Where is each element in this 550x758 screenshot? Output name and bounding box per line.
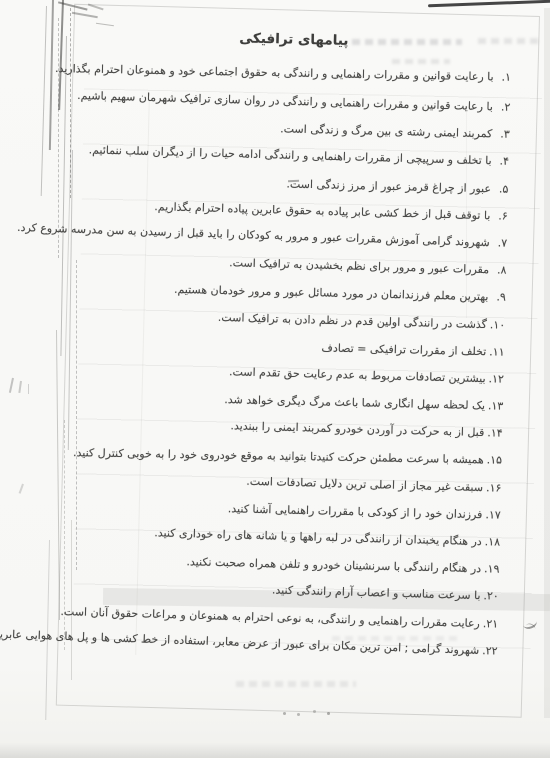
list-item: ۵.عبور از چراغ قرمز عبور از مرز زندگی اس… bbox=[26, 172, 508, 195]
item-number: ۳. bbox=[500, 128, 510, 141]
scanned-document: { "document": { "title": "پیامهای ترافیک… bbox=[0, 0, 550, 758]
item-number: ۱۵. bbox=[487, 454, 503, 467]
item-number: ۱. bbox=[502, 71, 512, 84]
list-item: ۱۳.یک لحظه سهل انگاری شما باعث مرگ دیگری… bbox=[21, 389, 503, 412]
item-number: ۱۲. bbox=[488, 372, 504, 385]
list-item: ۲۲.شهروند گرامی ; امن ترین مکان برای عبو… bbox=[16, 629, 498, 657]
item-text: مقررات عبور و مرور برای نظم بخشیدن به تر… bbox=[229, 256, 489, 276]
item-text: همیشه با سرعت مطمئن حرکت کنیدتا بتوانید … bbox=[73, 447, 484, 467]
item-number: ۹. bbox=[496, 291, 506, 304]
item-text: بهترین معلم فرزندانمان در مورد مسائل عبو… bbox=[174, 283, 489, 303]
list-item: ۹.بهترین معلم فرزندانمان در مورد مسائل ع… bbox=[24, 281, 506, 304]
item-number: ۱۹. bbox=[484, 562, 500, 575]
list-item: ۷.شهروند گرامی آموزش مقررات عبور و مرور … bbox=[25, 222, 507, 250]
item-number: ۱۱. bbox=[489, 345, 505, 358]
item-text: قبل از به حرکت در آوردن خودرو کمربند ایم… bbox=[230, 420, 484, 440]
scan-edge-shadow bbox=[544, 8, 550, 718]
item-text: گذشت در رانندگی اولین قدم در نظم دادن به… bbox=[218, 310, 487, 330]
document-content: پیامهای ترافیکی ۱.با رعایت قوانین و مقرر… bbox=[15, 25, 522, 672]
item-text: شهروند گرامی آموزش مقررات عبور و مرور به… bbox=[17, 221, 490, 249]
item-number: ۲۰. bbox=[483, 590, 499, 603]
streak-mark bbox=[9, 378, 14, 393]
list-item: ۱۹.در هنگام رانندگی با سرنشینان خودرو و … bbox=[17, 552, 499, 575]
item-text: بیشترین تصادفات مربوط به عدم رعایت حق تق… bbox=[229, 365, 486, 385]
traffic-messages-list: ۱.با رعایت قوانین و مقررات راهنمایی و را… bbox=[16, 60, 522, 657]
scan-edge-line bbox=[428, 0, 550, 7]
item-number: ۲۱. bbox=[483, 617, 499, 630]
item-text: کمربند ایمنی رشته ی بین مرگ و زندگی است. bbox=[280, 123, 492, 141]
list-item: ۱.با رعایت قوانین و مقررات راهنمایی و را… bbox=[29, 63, 511, 84]
item-number: ۱۰. bbox=[490, 318, 506, 331]
faint-page-number-marks bbox=[283, 712, 286, 715]
list-item: ۱۲.بیشترین تصادفات مربوط به عدم رعایت حق… bbox=[22, 361, 504, 386]
item-number: ۱۴. bbox=[487, 426, 503, 439]
item-text: تخلف از مقررات ترافیکی = تصادف bbox=[321, 341, 486, 358]
item-text: فرزندان خود را از کودکی با مقررات راهنما… bbox=[228, 502, 483, 521]
list-item: ۱۱.تخلف از مقررات ترافیکی = تصادف bbox=[23, 335, 505, 358]
list-item: ۴.با تخلف و سرپیچی از مقررات راهنمایی و … bbox=[27, 143, 509, 168]
item-number: ۴. bbox=[499, 155, 509, 168]
item-text: یک لحظه سهل انگاری شما باعث مرگ دیگری خو… bbox=[224, 393, 485, 412]
item-text: عبور از چراغ قرمز عبور از مرز زندگی است. bbox=[286, 177, 491, 195]
paper-bottom-edge bbox=[0, 743, 550, 758]
item-number: ۲۲. bbox=[482, 644, 498, 658]
item-number: ۵. bbox=[499, 182, 509, 195]
list-item: ۲۰.با سرعت مناسب و اعصاب آرام رانندگی کن… bbox=[17, 578, 499, 603]
item-text: با سرعت مناسب و اعصاب آرام رانندگی کنید. bbox=[272, 584, 481, 603]
list-item: ۱۴.قبل از به حرکت در آوردن خودرو کمربند … bbox=[21, 415, 503, 440]
item-number: ۱۳. bbox=[488, 399, 504, 412]
list-item: ۳.کمربند ایمنی رشته ی بین مرگ و زندگی اس… bbox=[28, 118, 510, 141]
item-text: با رعایت قوانین و مقررات راهنمایی و رانن… bbox=[77, 89, 493, 113]
item-text: در هنگام یخبندان از رانندگی در لبه راهها… bbox=[154, 526, 482, 548]
item-number: ۲. bbox=[501, 100, 511, 113]
item-number: ۷. bbox=[498, 236, 508, 249]
item-text: شهروند گرامی ; امن ترین مکان برای عبور ا… bbox=[0, 626, 479, 657]
item-text: سبقت غیر مجاز از اصلی ترین دلایل تصادفات… bbox=[246, 474, 483, 493]
list-item: ۱۸.در هنگام یخبندان از رانندگی در لبه را… bbox=[18, 524, 500, 549]
list-item: ۶.با توقف قبل از خط کشی عابر پیاده به حق… bbox=[26, 197, 508, 222]
list-item: ۸.مقررات عبور و مرور برای نظم بخشیدن به … bbox=[25, 252, 507, 277]
list-item: ۱۶.سبقت غیر مجاز از اصلی ترین دلایل تصاد… bbox=[19, 469, 501, 494]
list-item: ۲۱.رعایت مقررات راهنمایی و رانندگی، به ن… bbox=[16, 604, 498, 630]
item-number: ۱۸. bbox=[485, 535, 501, 548]
list-item: ۲.با رعایت قوانین و مقررات راهنمایی و را… bbox=[28, 89, 510, 114]
list-item: ۱۷.فرزندان خود را از کودکی با مقررات راه… bbox=[19, 498, 501, 521]
item-number: ۱۷. bbox=[485, 508, 501, 521]
list-item: ۱۰.گذشت در رانندگی اولین قدم در نظم دادن… bbox=[23, 306, 505, 331]
item-text: با توقف قبل از خط کشی عابر پیاده به حقوق… bbox=[154, 200, 490, 222]
item-text: در هنگام رانندگی با سرنشینان خودرو و تلف… bbox=[186, 555, 481, 575]
item-number: ۶. bbox=[498, 209, 508, 222]
item-text: با رعایت قوانین و مقررات راهنمایی و رانن… bbox=[55, 62, 494, 83]
item-text: رعایت مقررات راهنمایی و رانندگی، به نوعی… bbox=[60, 605, 480, 630]
item-number: ۸. bbox=[497, 264, 507, 277]
list-item: ۱۵.همیشه با سرعت مطمئن حرکت کنیدتا بتوان… bbox=[20, 447, 502, 467]
item-number: ۱۶. bbox=[486, 481, 502, 494]
item-text: با تخلف و سرپیچی از مقررات راهنمایی و را… bbox=[88, 144, 491, 168]
